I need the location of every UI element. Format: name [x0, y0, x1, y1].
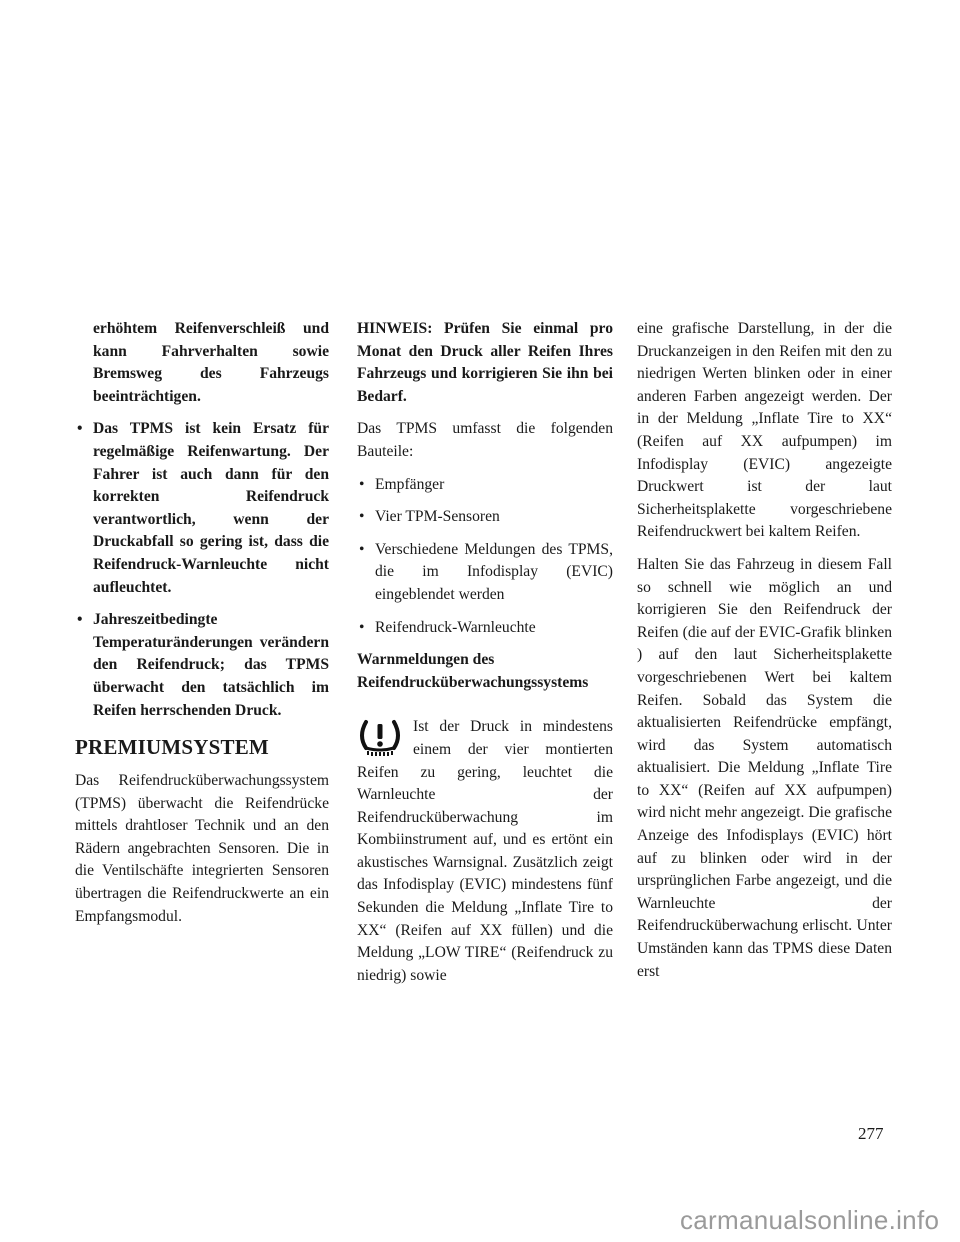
- watermark: carmanualsonline.info: [680, 1205, 939, 1236]
- page-number: 277: [858, 1124, 884, 1144]
- component-item: Reifendruck-Warnleuchte: [357, 617, 613, 640]
- section-title: PREMIUMSYSTEM: [75, 734, 329, 760]
- component-item: Empfänger: [357, 474, 613, 497]
- graphic-display-paragraph: eine grafische Darstellung, in der die D…: [637, 318, 892, 544]
- tire-pressure-warning-icon: [357, 718, 403, 758]
- subheading: Warnmeldungen des Reifendrucküberwachung…: [357, 649, 613, 694]
- stop-vehicle-paragraph: Halten Sie das Fahrzeug in diesem Fall s…: [637, 554, 892, 983]
- column-3: eine grafische Darstellung, in der die D…: [637, 318, 892, 993]
- column-1: erhöhtem Reifenverschleiß und kann Fahrv…: [75, 318, 329, 938]
- components-list: Empfänger Vier TPM-Sensoren Verschiedene…: [357, 474, 613, 640]
- components-intro: Das TPMS umfasst die folgenden Bauteile:: [357, 418, 613, 463]
- continued-bullet-text: erhöhtem Reifenverschleiß und kann Fahrv…: [75, 318, 329, 408]
- component-item: Vier TPM-Sensoren: [357, 506, 613, 529]
- warning-bullet-list: Das TPMS ist kein Ersatz für regelmäßige…: [75, 418, 329, 722]
- column-2: HINWEIS: Prüfen Sie einmal pro Monat den…: [357, 318, 613, 997]
- bullet-item: Jahreszeitbedingte Temperaturänderungen …: [75, 609, 329, 722]
- premium-system-paragraph: Das Reifendrucküberwachungssystem (TPMS)…: [75, 770, 329, 928]
- bullet-item: Das TPMS ist kein Ersatz für regelmäßige…: [75, 418, 329, 599]
- note-paragraph: HINWEIS: Prüfen Sie einmal pro Monat den…: [357, 318, 613, 408]
- component-item: Verschiedene Meldungen des TPMS, die im …: [357, 539, 613, 607]
- warning-block: Ist der Druck in mindestens einem der vi…: [357, 716, 613, 987]
